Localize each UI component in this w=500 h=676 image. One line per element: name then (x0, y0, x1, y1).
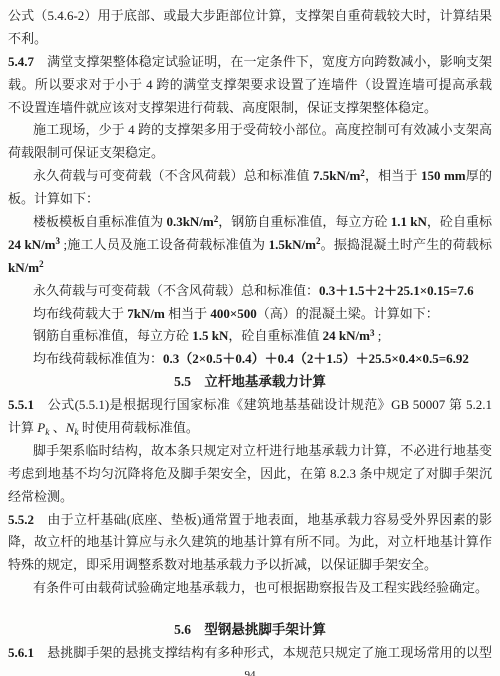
text-segment: 1.5 kN (192, 328, 228, 343)
text-segment: 载。所以要求对于小于 4 跨的满堂支撑架要求设置了连墙件（设置连墙可提高承载力）… (8, 77, 492, 97)
text-line: 永久荷载与可变荷载（不含风荷载）总和标准值：0.3＋1.5＋2＋25.1×0.1… (8, 280, 492, 303)
text-segment: 荷载限制可保证支架稳定。 (8, 145, 164, 160)
text-segment: 5.6 型钢悬挑脚手架计算 (174, 622, 326, 637)
text-line: 降，故立杆的地基计算应与永久建筑的地基计算有所不同。为此，对立杆地基计算作了一些 (8, 531, 492, 554)
document-page: 公式（5.4.6-2）用于底部、或最大步距部位计算，支撑架自重荷载较大时，计算结… (0, 0, 500, 676)
text-segment: 5.5.1 (8, 397, 34, 412)
text-line: 永久荷载与可变荷载（不含风荷载）总和标准值 7.5kN/m2，相当于 150 m… (8, 165, 492, 188)
text-line: 5.4.7 满堂支撑架整体稳定试验证明，在一定条件下，宽度方向跨数减小，影响支架… (8, 51, 492, 74)
text-segment: 永久荷载与可变荷载（不含风荷载）总和标准值 (33, 168, 313, 183)
text-line: 24 kN/m3 ;施工人员及施工设备荷载标准值为 1.5kN/m2。振捣混凝土… (8, 234, 492, 257)
text-segment: 脚手架系临时结构，故本条只规定对立杆进行地基承载力计算，不必进行地基变形验算。 (33, 443, 492, 463)
text-segment: 1.5kN/m (269, 237, 316, 252)
text-segment: 3 (370, 328, 375, 338)
text-line: 公式（5.4.6-2）用于底部、或最大步距部位计算，支撑架自重荷载较大时，计算结… (8, 5, 492, 28)
text-segment: （高）的混凝土梁。计算如下： (257, 306, 439, 321)
text-line: 计算 Pk 、Nk 时使用荷载标准值。 (8, 417, 492, 440)
document-body: 公式（5.4.6-2）用于底部、或最大步距部位计算，支撑架自重荷载较大时，计算结… (8, 5, 492, 665)
text-segment: 24 kN/m (8, 237, 56, 252)
text-line: 考虑到地基不均匀沉降将危及脚手架安全，因此，在第 8.2.3 条中规定了对脚手架… (8, 463, 492, 486)
text-segment: 7.5kN/m (313, 168, 360, 183)
text-line: 板。计算如下： (8, 188, 492, 211)
text-segment: 钢筋自重标准值，每立方砼 (33, 328, 192, 343)
text-segment: 5.5 立杆地基承载力计算 (174, 374, 326, 389)
text-segment: ;施工人员及施工设备荷载标准值为 (60, 237, 269, 252)
text-segment: 5.4.7 (8, 54, 34, 69)
text-segment: 特殊的规定，即采用调整系数对地基承载力予以折减，以保证脚手架安全。 (8, 557, 437, 572)
text-segment: 5.5.2 (8, 512, 34, 527)
text-segment: 不设置连墙件就应该对支撑架进行荷载、高度限制，保证支撑架整体稳定。 (8, 100, 437, 115)
text-segment: 均布线荷载标准值为： (33, 351, 163, 366)
text-segment: ; (374, 328, 381, 343)
text-segment: 2 (360, 168, 365, 178)
text-segment: k (74, 428, 78, 438)
text-segment: 有条件可由载荷试验确定地基承载力，也可根据勘察报告及工程实践经验确定。 (33, 580, 488, 595)
text-segment: 计算 (8, 420, 37, 435)
text-line: 荷载限制可保证支架稳定。 (8, 142, 492, 165)
text-segment: 2 (214, 214, 219, 224)
text-line: 施工现场，少于 4 跨的支撑架多用于受荷较小部位。高度控制可有效减小支架高宽比， (8, 119, 492, 142)
text-segment: 5.6.1 (8, 645, 34, 660)
text-segment: 2 (39, 259, 44, 269)
text-segment: 公式（5.4.6-2）用于底部、或最大步距部位计算，支撑架自重荷载较大时，计算结… (8, 8, 492, 28)
text-line: 载。所以要求对于小于 4 跨的满堂支撑架要求设置了连墙件（设置连墙可提高承载力）… (8, 74, 492, 97)
text-line: 特殊的规定，即采用调整系数对地基承载力予以折减，以保证脚手架安全。 (8, 554, 492, 577)
text-segment: 2 (316, 236, 321, 246)
text-line: 经常检测。 (8, 486, 492, 509)
spacer (8, 600, 492, 619)
text-line: 有条件可由载荷试验确定地基承载力，也可根据勘察报告及工程实践经验确定。 (8, 577, 492, 600)
text-line: 楼板模板自重标准值为 0.3kN/m2，钢筋自重标准值，每立方砼 1.1 kN，… (8, 211, 492, 234)
text-line: 均布线荷载标准值为：0.3（2×0.5＋0.4）＋0.4（2＋1.5）＋25.5… (8, 348, 492, 371)
text-segment: 永久荷载与可变荷载（不含风荷载）总和标准值： (33, 283, 319, 298)
text-line: 不设置连墙件就应该对支撑架进行荷载、高度限制，保证支撑架整体稳定。 (8, 97, 492, 120)
text-segment: 24 kN/m (323, 328, 370, 343)
text-segment: 考虑到地基不均匀沉降将危及脚手架安全，因此，在第 8.2.3 条中规定了对脚手架… (8, 466, 492, 486)
text-segment: 、 (49, 420, 65, 435)
text-segment: 0.3kN/m (166, 214, 213, 229)
text-segment: 不利。 (8, 31, 47, 46)
text-segment: 施工现场，少于 4 跨的支撑架多用于受荷较小部位。高度控制可有效减小支架高宽比， (33, 122, 492, 142)
text-segment: kN/m (8, 260, 39, 275)
section-heading: 5.5 立杆地基承载力计算 (8, 371, 492, 394)
text-segment: ，砼自重标准值 (228, 328, 322, 343)
section-heading: 5.6 型钢悬挑脚手架计算 (8, 619, 492, 642)
text-segment: 150 mm (421, 168, 466, 183)
text-segment: 满堂支撑架整体稳定试验证明，在一定条件下，宽度方向跨数减小，影响支架临界荷 (8, 54, 492, 74)
text-segment: k (45, 428, 49, 438)
text-segment: 降，故立杆的地基计算应与永久建筑的地基计算有所不同。为此，对立杆地基计算作了一些 (8, 534, 492, 554)
text-line: 钢筋自重标准值，每立方砼 1.5 kN，砼自重标准值 24 kN/m3 ; (8, 325, 492, 348)
text-line: 不利。 (8, 28, 492, 51)
text-segment: 公式(5.5.1)是根据现行国家标准《建筑地基基础设计规范》GB 50007 第… (8, 397, 492, 417)
text-segment: ，钢筋自重标准值，每立方砼 (218, 214, 391, 229)
text-segment: 悬挑脚手架的悬挑支撑结构有多种形式，本规范只规定了施工现场常用的以型钢梁做 (8, 645, 492, 665)
text-line: 5.5.1 公式(5.5.1)是根据现行国家标准《建筑地基基础设计规范》GB 5… (8, 394, 492, 417)
text-segment: 时使用荷载标准值。 (79, 420, 199, 435)
text-segment: 由于立杆基础(底座、垫板)通常置于地表面，地基承载力容易受外界因素的影响而下 (8, 512, 492, 532)
text-line: 5.5.2 由于立杆基础(底座、垫板)通常置于地表面，地基承载力容易受外界因素的… (8, 509, 492, 532)
page-number: 94 (8, 668, 492, 676)
text-segment: 板。计算如下： (8, 191, 99, 206)
text-line: 脚手架系临时结构，故本条只规定对立杆进行地基承载力计算，不必进行地基变形验算。 (8, 440, 492, 463)
text-line: 5.6.1 悬挑脚手架的悬挑支撑结构有多种形式，本规范只规定了施工现场常用的以型… (8, 642, 492, 665)
text-segment: 3 (56, 236, 61, 246)
text-line: kN/m2 (8, 257, 492, 280)
text-line: 均布线荷载大于 7kN/m 相当于 400×500（高）的混凝土梁。计算如下： (8, 303, 492, 326)
text-segment: 7kN/m (127, 306, 165, 321)
text-segment: 1.1 kN (391, 214, 427, 229)
text-segment: 相当于 (165, 306, 211, 321)
text-segment: 经常检测。 (8, 489, 73, 504)
text-segment: ，相当于 (365, 168, 421, 183)
text-segment: 均布线荷载大于 (33, 306, 127, 321)
text-segment: 400×500 (210, 306, 256, 321)
text-segment: 楼板模板自重标准值为 (33, 214, 166, 229)
